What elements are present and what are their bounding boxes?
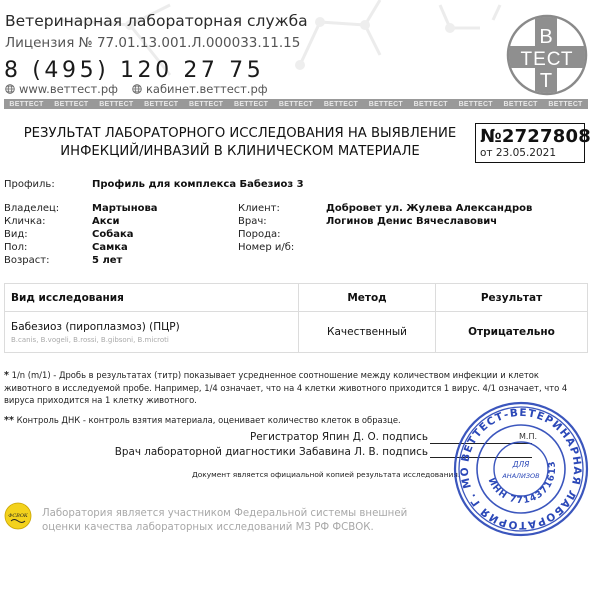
fsvok-membership-text: Лаборатория является участником Федераль… [42, 507, 407, 535]
sex-label: Пол: [4, 241, 27, 254]
doctor-label: Врач: [238, 215, 267, 228]
table-row: Бабезиоз (пироплазмоз) (ПЦР) B.canis, B.… [5, 312, 588, 353]
owner-label: Владелец: [4, 202, 59, 215]
stripe-word: ВЕТТЕСТ [189, 101, 223, 108]
results-table: Вид исследования Метод Результат Бабезио… [4, 283, 588, 353]
client-label: Клиент: [238, 202, 280, 215]
website-label: www.веттест.рф [19, 82, 118, 96]
svg-text:Т: Т [540, 70, 552, 92]
test-cell: Бабезиоз (пироплазмоз) (ПЦР) B.canis, B.… [5, 312, 299, 353]
document-title: РЕЗУЛЬТАТ ЛАБОРАТОРНОГО ИССЛЕДОВАНИЯ НА … [20, 125, 460, 161]
breed-label: Порода: [238, 228, 281, 241]
header-test-type: Вид исследования [5, 284, 299, 312]
client-value: Добровет ул. Жулева Александров [326, 202, 532, 215]
document-number: №2727808 [480, 126, 580, 147]
species-label: Вид: [4, 228, 28, 241]
age-value: 5 лет [92, 254, 122, 267]
species-value: Собака [92, 228, 133, 241]
sex-value: Самка [92, 241, 128, 254]
stripe-word: ВЕТТЕСТ [144, 101, 178, 108]
website-link[interactable]: www.веттест.рф [5, 82, 118, 96]
cabinet-label: кабинет.веттест.рф [146, 82, 268, 96]
case-number-label: Номер и/б: [238, 241, 294, 254]
website-links: www.веттест.рф кабинет.веттест.рф [5, 82, 268, 96]
header-method: Метод [299, 284, 436, 312]
svg-text:В: В [539, 26, 552, 48]
stripe-word: ВЕТТЕСТ [99, 101, 133, 108]
official-copy-note: Документ является официальной копией рез… [192, 470, 460, 479]
document-date: от 23.05.2021 [480, 147, 580, 160]
lab-name: Ветеринарная лабораторная служба [5, 12, 308, 30]
phone-number: 8 (495) 120 27 75 [4, 58, 264, 83]
svg-text:АНАЛИЗОВ: АНАЛИЗОВ [501, 472, 540, 480]
svg-text:ДЛЯ: ДЛЯ [512, 460, 530, 469]
profile-value: Профиль для комплекса Бабезиоз 3 [92, 178, 304, 191]
license-number: Лицензия № 77.01.13.001.Л.000033.11.15 [5, 35, 300, 51]
registrar-signature: Регистратор Япин Д. О. подпись [250, 431, 428, 443]
profile-label: Профиль: [4, 178, 55, 191]
stripe-word: ВЕТТЕСТ [9, 101, 43, 108]
pet-name-value: Акси [92, 215, 119, 228]
pet-name-label: Кличка: [4, 215, 45, 228]
svg-text:ФСВОК: ФСВОК [8, 513, 28, 519]
header-result: Результат [436, 284, 588, 312]
test-subtitle: B.canis, B.vogeli, B.rossi, B.gibsoni, B… [11, 336, 298, 344]
stripe-word: ВЕТТЕСТ [234, 101, 268, 108]
stripe-word: ВЕТТЕСТ [548, 101, 582, 108]
stripe-word: ВЕТТЕСТ [324, 101, 358, 108]
document-number-box: №2727808 от 23.05.2021 [475, 123, 585, 163]
lab-stamp: ВЕТТЕСТ-ВЕТЕРИНАРНАЯ ЛАБОРАТОРИЯ Г. МОСК… [451, 399, 591, 539]
stripe-word: ВЕТТЕСТ [54, 101, 88, 108]
brand-stripe: ВЕТТЕСТВЕТТЕСТВЕТТЕСТВЕТТЕСТВЕТТЕСТВЕТТЕ… [4, 99, 588, 109]
stripe-word: ВЕТТЕСТ [414, 101, 448, 108]
globe-icon [132, 84, 142, 94]
cabinet-link[interactable]: кабинет.веттест.рф [132, 82, 268, 96]
fsvok-text-line-2: оценки качества лабораторных исследовани… [42, 521, 407, 535]
test-name: Бабезиоз (пироплазмоз) (ПЦР) [11, 321, 298, 333]
fsvok-logo: ФСВОК [4, 502, 32, 530]
stripe-word: ВЕТТЕСТ [279, 101, 313, 108]
globe-icon [5, 84, 15, 94]
title-line-2: ИНФЕКЦИЙ/ИНВАЗИЙ В КЛИНИЧЕСКОМ МАТЕРИАЛЕ [20, 143, 460, 161]
result-cell: Отрицательно [436, 312, 588, 353]
fsvok-text-line-1: Лаборатория является участником Федераль… [42, 507, 407, 521]
doctor-signature: Врач лабораторной диагностики Забавина Л… [115, 446, 428, 458]
doctor-value: Логинов Денис Вячеславович [326, 215, 497, 228]
stripe-word: ВЕТТЕСТ [504, 101, 538, 108]
footnote-mark: ** [4, 415, 14, 426]
owner-value: Мартынова [92, 202, 158, 215]
footnote-text: Контроль ДНК - контроль взятия материала… [14, 415, 401, 425]
vettest-logo: В ТЕСТ Т [506, 14, 588, 96]
stripe-word: ВЕТТЕСТ [459, 101, 493, 108]
method-cell: Качественный [299, 312, 436, 353]
age-label: Возраст: [4, 254, 49, 267]
svg-text:ТЕСТ: ТЕСТ [521, 49, 574, 70]
title-line-1: РЕЗУЛЬТАТ ЛАБОРАТОРНОГО ИССЛЕДОВАНИЯ НА … [20, 125, 460, 143]
seal-placeholder: М.П. [519, 432, 537, 441]
table-header-row: Вид исследования Метод Результат [5, 284, 588, 312]
stripe-word: ВЕТТЕСТ [369, 101, 403, 108]
